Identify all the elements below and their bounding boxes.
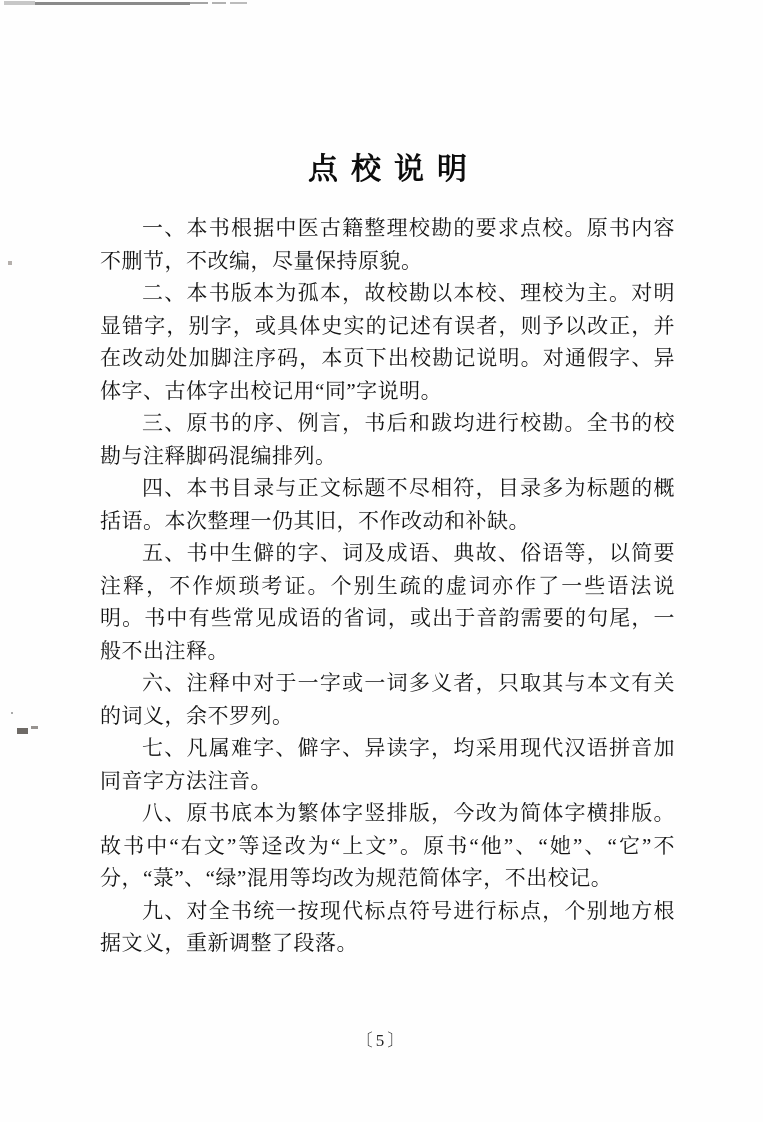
page-number: 〔5〕 [0,1026,763,1051]
paragraph-5: 五、书中生僻的字、词及成语、典故、俗语等，以简要注释，不作烦琐考证。个别生疏的虚… [100,537,675,667]
scan-speckle [31,726,38,729]
paragraph-7: 七、凡属难字、僻字、异读字，均采用现代汉语拼音加同音字方法注音。 [100,732,675,797]
page-title: 点校说明 [100,150,675,190]
scanned-book-page: 点校说明 一、本书根据中医古籍整理校勘的要求点校。原书内容不删节，不改编，尽量保… [0,0,763,1122]
body-text: 一、本书根据中医古籍整理校勘的要求点校。原书内容不删节，不改编，尽量保持原貌。 … [100,212,675,960]
paragraph-8: 八、原书底本为繁体字竖排版，今改为简体字横排版。故书中“右文”等迳改为“上文”。… [100,797,675,895]
scan-speckle [11,712,13,714]
paragraph-9: 九、对全书统一按现代标点符号进行标点，个别地方根据文义，重新调整了段落。 [100,895,675,960]
scan-artifact-top-bar [4,1,35,5]
paragraph-1: 一、本书根据中医古籍整理校勘的要求点校。原书内容不删节，不改编，尽量保持原貌。 [100,212,675,277]
paragraph-2: 二、本书版本为孤本，故校勘以本校、理校为主。对明显错字，别字，或具体史实的记述有… [100,277,675,407]
scan-speckle [17,728,28,734]
paragraph-3: 三、原书的序、例言，书后和跋均进行校勘。全书的校勘与注释脚码混编排列。 [100,407,675,472]
scan-speckle [8,261,12,265]
text-column: 点校说明 一、本书根据中医古籍整理校勘的要求点校。原书内容不删节，不改编，尽量保… [100,0,675,960]
paragraph-6: 六、注释中对于一字或一词多义者，只取其与本文有关的词义，余不罗列。 [100,667,675,732]
paragraph-4: 四、本书目录与正文标题不尽相符，目录多为标题的概括语。本次整理一仍其旧，不作改动… [100,472,675,537]
